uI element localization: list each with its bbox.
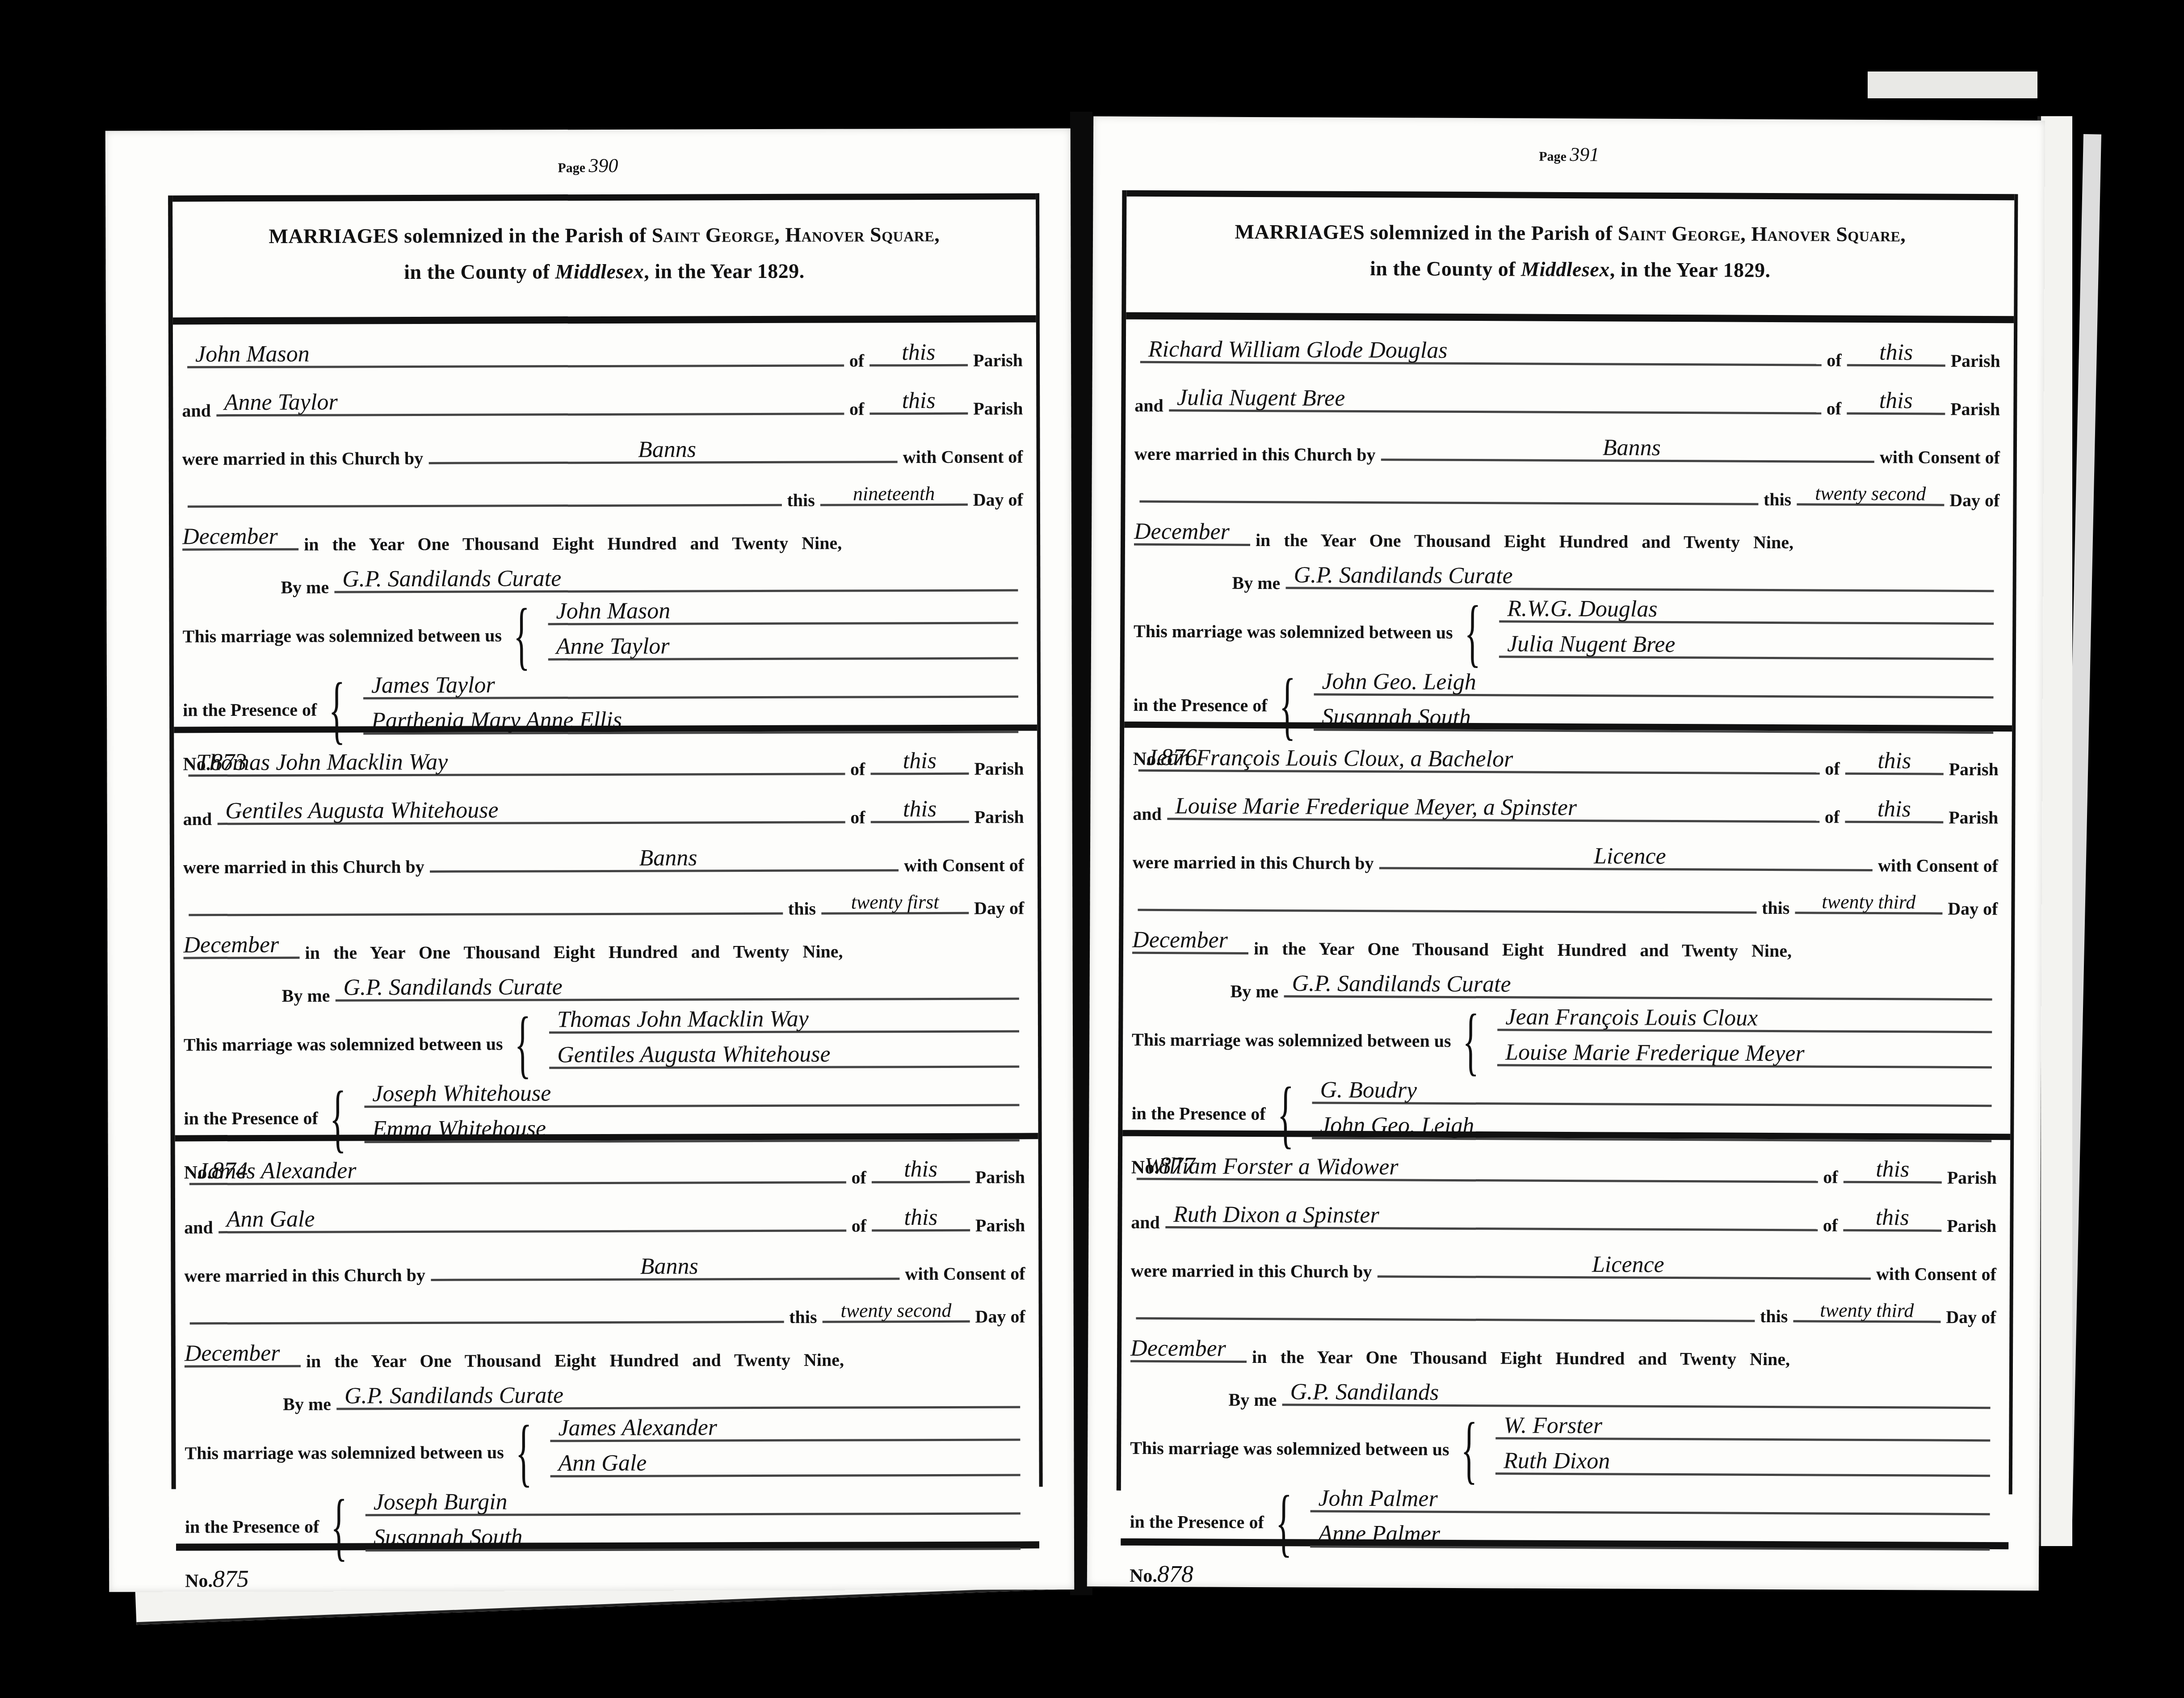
signature-groom: Thomas John Macklin Way <box>549 1007 1019 1034</box>
groom-name: William Forster a Widower <box>1137 1155 1818 1183</box>
brace-icon: { <box>1276 1499 1292 1545</box>
bride-name: Louise Marie Frederique Meyer, a Spinste… <box>1167 794 1819 823</box>
groom-parish: this <box>1845 749 1944 775</box>
day-line: this twenty third Day of <box>1130 1281 1996 1328</box>
month-year-line: December in the Year One Thousand Eight … <box>1132 916 1998 962</box>
bride-name: Ann Gale <box>218 1206 846 1234</box>
marriage-month: December <box>185 1342 301 1368</box>
witness-1: John Geo. Leigh <box>1314 670 1993 699</box>
marriage-month: December <box>183 933 299 959</box>
bride-line: and Gentiles Augusta Whitehouse of this … <box>183 779 1024 829</box>
signature-groom: R.W.G. Douglas <box>1499 597 1994 625</box>
bride-name: Ruth Dixon a Spinster <box>1165 1203 1818 1231</box>
signatures-line: This marriage was solemnized between us … <box>184 1004 1025 1082</box>
method-line: were married in this Church by Banns wit… <box>182 419 1023 469</box>
register-header: MARRIAGES solemnized in the Parish of Sa… <box>172 193 1036 324</box>
bride-parish: this <box>872 1206 970 1232</box>
marriage-method: Licence <box>1377 1252 1871 1280</box>
officiant-line: By me G.P. Sandilands Curate <box>1134 550 1999 597</box>
consent-blank <box>188 486 782 508</box>
witnesses-line: in the Presence of { John Palmer Anne Pa… <box>1130 1486 1995 1561</box>
signatures-line: This marriage was solemnized between us … <box>182 596 1023 674</box>
witness-1: Joseph Whitehouse <box>364 1080 1019 1108</box>
marriage-method: Banns <box>431 1254 900 1281</box>
signature-groom: Jean François Louis Cloux <box>1497 1005 1992 1033</box>
header-marriages: MARRIAGES <box>269 224 399 248</box>
register-page-right: Page 391 MARRIAGES solemnized in the Par… <box>1087 116 2045 1590</box>
entry-number: No.878 <box>1130 1560 1995 1591</box>
header-county: Middlesex <box>1521 257 1610 281</box>
consent-blank <box>1138 891 1756 914</box>
marriage-month: December <box>182 525 298 551</box>
marriage-day: twenty third <box>1793 1300 1940 1323</box>
marriage-month: December <box>1132 929 1248 954</box>
year-phrase: in the Year One Thousand Eight Hundred a… <box>305 940 1024 963</box>
marriage-day: twenty second <box>822 1301 970 1323</box>
underlying-page-edge-top <box>1868 71 2037 98</box>
year-phrase: in the Year One Thousand Eight Hundred a… <box>1252 1346 1996 1370</box>
groom-parish: this <box>1847 341 1945 367</box>
signatures: Thomas John Macklin Way Gentiles Augusta… <box>544 1007 1025 1079</box>
groom-line: William Forster a Widower of this Parish <box>1131 1136 1997 1188</box>
groom-line: James Alexander of this Parish <box>184 1139 1025 1189</box>
witness-2: Anne Palmer <box>1310 1522 1990 1551</box>
marriage-entry: William Forster a Widower of this Parish… <box>1121 1136 2010 1550</box>
register-page-left: Page 390 MARRIAGES solemnized in the Par… <box>105 128 1075 1592</box>
bride-name: Anne Taylor <box>216 390 844 417</box>
bride-line: and Louise Marie Frederique Meyer, a Spi… <box>1133 776 1998 828</box>
consent-blank <box>1139 483 1758 505</box>
brace-icon: { <box>516 1429 532 1475</box>
brace-icon: { <box>1277 1091 1294 1136</box>
brace-icon: { <box>331 1503 348 1549</box>
page-number-label: Page 390 <box>105 153 1071 178</box>
witness-1: G. Boudry <box>1312 1079 1991 1107</box>
groom-line: John Mason of this Parish <box>182 322 1023 373</box>
signatures: John Mason Anne Taylor <box>542 598 1023 670</box>
year-phrase: in the Year One Thousand Eight Hundred a… <box>1256 530 1999 554</box>
year-phrase: in the Year One Thousand Eight Hundred a… <box>1254 938 1998 962</box>
brace-icon: { <box>513 612 530 658</box>
marriage-day: twenty third <box>1795 892 1942 914</box>
marriage-day: nineteenth <box>820 484 968 506</box>
day-line: this twenty second Day of <box>184 1284 1025 1329</box>
signature-groom: James Alexander <box>550 1415 1020 1442</box>
year-phrase: in the Year One Thousand Eight Hundred a… <box>304 532 1023 555</box>
signatures-line: This marriage was solemnized between us … <box>1132 1001 1998 1081</box>
witnesses: John Palmer Anne Palmer <box>1305 1487 1995 1560</box>
officiant: G.P. Sandilands <box>1282 1380 1990 1409</box>
signatures-line: This marriage was solemnized between us … <box>1130 1410 1996 1489</box>
bride-parish: this <box>1843 1206 1941 1232</box>
witnesses-line: in the Presence of { Joseph Burgin Susan… <box>185 1488 1026 1562</box>
officiant-line: By me G.P. Sandilands Curate <box>182 553 1023 598</box>
signatures-line: This marriage was solemnized between us … <box>1134 593 1999 672</box>
bride-name: Julia Nugent Bree <box>1169 386 1821 414</box>
signatures: Jean François Louis Cloux Louise Marie F… <box>1492 1005 1998 1078</box>
register-frame: MARRIAGES solemnized in the Parish of Sa… <box>168 193 1043 1489</box>
groom-line: Thomas John Macklin Way of this Parish <box>183 731 1024 781</box>
page-number-label: Page 391 <box>1093 141 2045 168</box>
method-line: were married in this Church by Banns wit… <box>184 1236 1025 1286</box>
groom-parish: this <box>870 749 969 775</box>
consent-blank <box>189 895 783 916</box>
officiant: G.P. Sandilands Curate <box>335 974 1019 1001</box>
header-county: Middlesex <box>555 260 644 283</box>
method-line: were married in this Church by Banns wit… <box>1134 416 2000 468</box>
method-line: were married in this Church by Banns wit… <box>183 827 1024 878</box>
month-year-line: December in the Year One Thousand Eight … <box>1134 507 1999 554</box>
consent-blank <box>190 1303 784 1324</box>
bride-line: and Anne Taylor of this Parish <box>182 370 1023 421</box>
signature-bride: Ann Gale <box>550 1450 1020 1477</box>
groom-name: Thomas John Macklin Way <box>188 750 845 777</box>
marriage-method: Banns <box>430 846 899 873</box>
day-line: this twenty second Day of <box>1134 464 1999 511</box>
marriage-month: December <box>1134 520 1250 546</box>
groom-parish: this <box>1844 1158 1942 1184</box>
marriage-entry: James Alexander of this Parish and Ann G… <box>175 1139 1039 1551</box>
brace-icon: { <box>330 1095 346 1140</box>
signatures-line: This marriage was solemnized between us … <box>185 1412 1025 1491</box>
groom-parish: this <box>872 1158 970 1184</box>
signature-bride: Gentiles Augusta Whitehouse <box>549 1042 1019 1069</box>
groom-name: Richard William Glode Douglas <box>1140 338 1822 366</box>
brace-icon: { <box>515 1021 531 1066</box>
register-header: MARRIAGES solemnized in the Parish of Sa… <box>1126 190 2014 324</box>
marriage-method: Licence <box>1379 844 1873 871</box>
groom-name: Jean François Louis Cloux, a Bachelor <box>1138 746 1820 775</box>
bride-line: and Ann Gale of this Parish <box>184 1187 1025 1238</box>
signature-bride: Ruth Dixon <box>1495 1449 1990 1477</box>
marriage-method: Banns <box>428 437 898 464</box>
signature-groom: John Mason <box>548 598 1018 625</box>
officiant-line: By me G.P. Sandilands <box>1130 1367 1996 1413</box>
officiant: G.P. Sandilands Curate <box>336 1383 1020 1410</box>
bride-line: and Julia Nugent Bree of this Parish <box>1134 368 2000 420</box>
day-line: this twenty third Day of <box>1132 873 1998 919</box>
witness-2: Susannah South <box>365 1524 1021 1551</box>
officiant: G.P. Sandilands Curate <box>334 566 1018 593</box>
officiant-line: By me G.P. Sandilands Curate <box>184 961 1025 1006</box>
bride-parish: this <box>1845 798 1943 824</box>
marriage-entry: Richard William Glode Douglas of this Pa… <box>1124 319 2014 732</box>
officiant: G.P. Sandilands Curate <box>1285 563 1994 592</box>
method-line: were married in this Church by Licence w… <box>1131 1233 1996 1285</box>
brace-icon: { <box>1465 609 1481 655</box>
signature-bride: Louise Marie Frederique Meyer <box>1497 1041 1992 1068</box>
brace-icon: { <box>1279 682 1296 728</box>
bride-line: and Ruth Dixon a Spinster of this Parish <box>1131 1185 1996 1236</box>
page-number: 391 <box>1570 143 1599 165</box>
month-year-line: December in the Year One Thousand Eight … <box>182 510 1023 555</box>
method-line: were married in this Church by Licence w… <box>1133 824 1998 876</box>
groom-line: Richard William Glode Douglas of this Pa… <box>1135 319 2000 371</box>
signatures: James Alexander Ann Gale <box>545 1415 1025 1487</box>
marriage-month: December <box>1130 1337 1247 1363</box>
entries-left: John Mason of this Parish and Anne Taylo… <box>173 322 1039 1551</box>
witness-1: John Palmer <box>1310 1487 1990 1516</box>
signature-bride: Julia Nugent Bree <box>1499 632 1994 660</box>
month-year-line: December in the Year One Thousand Eight … <box>185 1327 1025 1372</box>
signatures: W. Forster Ruth Dixon <box>1490 1414 1996 1487</box>
groom-parish: this <box>869 341 968 367</box>
groom-name: John Mason <box>187 341 844 369</box>
header-marriages: MARRIAGES <box>1235 220 1365 244</box>
marriage-entry: Thomas John Macklin Way of this Parish a… <box>174 731 1038 1141</box>
day-line: this twenty first Day of <box>183 875 1024 920</box>
marriage-method: Banns <box>1381 435 1874 463</box>
header-parish: Saint George, Hanover Square, <box>1618 222 1906 246</box>
month-year-line: December in the Year One Thousand Eight … <box>183 918 1024 963</box>
brace-icon: { <box>1461 1426 1478 1472</box>
marriage-day: twenty second <box>1797 483 1944 506</box>
month-year-line: December in the Year One Thousand Eight … <box>1130 1324 1996 1370</box>
consent-blank <box>1136 1299 1755 1322</box>
header-parish: Saint George, Hanover Square, <box>652 223 940 247</box>
bride-parish: this <box>1847 389 1945 415</box>
day-line: this nineteenth Day of <box>182 467 1023 512</box>
signature-bride: Anne Taylor <box>548 634 1018 660</box>
header-year: 1829. <box>1723 258 1770 281</box>
groom-name: James Alexander <box>189 1158 846 1185</box>
marriage-day: twenty first <box>821 892 969 915</box>
groom-line: Jean François Louis Cloux, a Bachelor of… <box>1133 728 1999 780</box>
officiant-line: By me G.P. Sandilands Curate <box>1132 958 1998 1005</box>
witnesses: Joseph Burgin Susannah South <box>360 1489 1026 1561</box>
header-year: 1829. <box>757 259 805 282</box>
bride-parish: this <box>871 798 969 824</box>
signature-groom: W. Forster <box>1495 1414 1990 1442</box>
page-number: 390 <box>588 155 618 177</box>
officiant-line: By me G.P. Sandilands Curate <box>185 1370 1025 1415</box>
signatures: R.W.G. Douglas Julia Nugent Bree <box>1494 597 1999 670</box>
brace-icon: { <box>1463 1018 1479 1063</box>
brace-icon: { <box>329 686 345 732</box>
officiant: G.P. Sandilands Curate <box>1284 972 1992 1000</box>
marriage-entry: Jean François Louis Cloux, a Bachelor of… <box>1122 728 2012 1140</box>
witness-1: Joseph Burgin <box>365 1489 1021 1516</box>
register-frame: MARRIAGES solemnized in the Parish of Sa… <box>1117 190 2018 1495</box>
bride-name: Gentiles Augusta Whitehouse <box>217 798 845 825</box>
marriage-entry: John Mason of this Parish and Anne Taylo… <box>173 322 1037 733</box>
witness-1: James Taylor <box>363 672 1018 699</box>
entry-number: No.875 <box>185 1563 1026 1593</box>
year-phrase: in the Year One Thousand Eight Hundred a… <box>306 1349 1025 1371</box>
entries-right: Richard William Glode Douglas of this Pa… <box>1121 319 2014 1550</box>
bride-parish: this <box>869 389 968 415</box>
